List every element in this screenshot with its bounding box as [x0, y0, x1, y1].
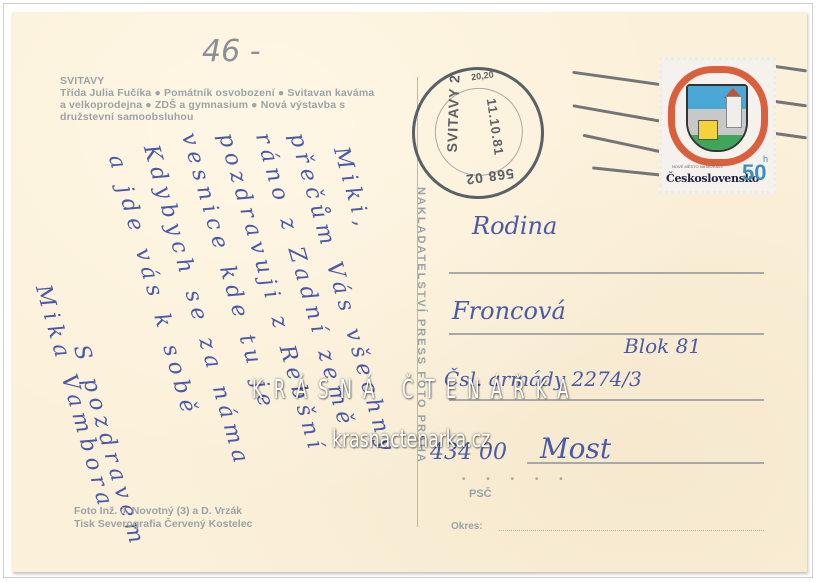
- address-city: Most: [540, 432, 611, 465]
- cancellation-line: [772, 132, 807, 140]
- photo-credits: Foto Inž. J. Novotný (3) a D. Vrzák Tisk…: [74, 505, 252, 531]
- postmark-inscription: 20,20: [471, 69, 495, 82]
- credit-print: Tisk Severografia Červený Kostelec: [74, 518, 252, 531]
- address-rule: [449, 272, 764, 274]
- address-line-1: Rodina: [472, 212, 557, 240]
- psc-dots: • • • • •: [462, 474, 572, 485]
- okres-field: [499, 530, 764, 531]
- inventory-number: 46 -: [202, 34, 261, 69]
- address-line-2: Froncová: [452, 297, 566, 325]
- caption: SVITAVY Třída Julia Fučíka ● Pomátník os…: [60, 75, 375, 123]
- coat-of-arms-icon: [686, 84, 748, 152]
- watermark-title: KRÁSNÁ ČTENÁŘKA: [252, 375, 490, 405]
- cancellation-line: [592, 166, 662, 176]
- address-rule: [449, 333, 764, 335]
- cancellation-line: [572, 71, 662, 86]
- postage-stamp: NOVÉ MĚSTO NA MORAVĚ Československo 50 h: [659, 57, 776, 194]
- cancellation-line: [772, 100, 807, 108]
- message-line: Miki,: [328, 144, 376, 234]
- cancellation-line: [772, 65, 807, 73]
- postcard: 46 - SVITAVY Třída Julia Fučíka ● Pomátn…: [12, 12, 807, 572]
- credit-photo: Foto Inž. J. Novotný (3) a D. Vrzák: [74, 505, 252, 518]
- caption-title: SVITAVY: [60, 75, 375, 87]
- publisher-imprint: NAKLADATELSTVÍ PRESS FOTO PRAHA: [409, 187, 427, 464]
- cancellation-line: [572, 104, 661, 123]
- postmark-city: SVITAVY 2: [444, 74, 463, 153]
- psc-label: PSČ: [469, 488, 492, 500]
- okres-label: Okres:: [451, 521, 483, 532]
- postmark: 20,20 SVITAVY 2 11.10.81 568 02: [403, 58, 552, 207]
- cancellation-line: [583, 134, 662, 154]
- stamp-unit: h: [763, 154, 768, 164]
- address-rule: [527, 462, 764, 464]
- watermark-url: krasnactenarka.cz: [332, 425, 490, 453]
- caption-body: Třída Julia Fučíka ● Pomátník osvobození…: [60, 87, 374, 123]
- address-line-3a: Blok 81: [624, 334, 701, 358]
- stamp-subtitle: NOVÉ MĚSTO NA MORAVĚ: [672, 164, 723, 169]
